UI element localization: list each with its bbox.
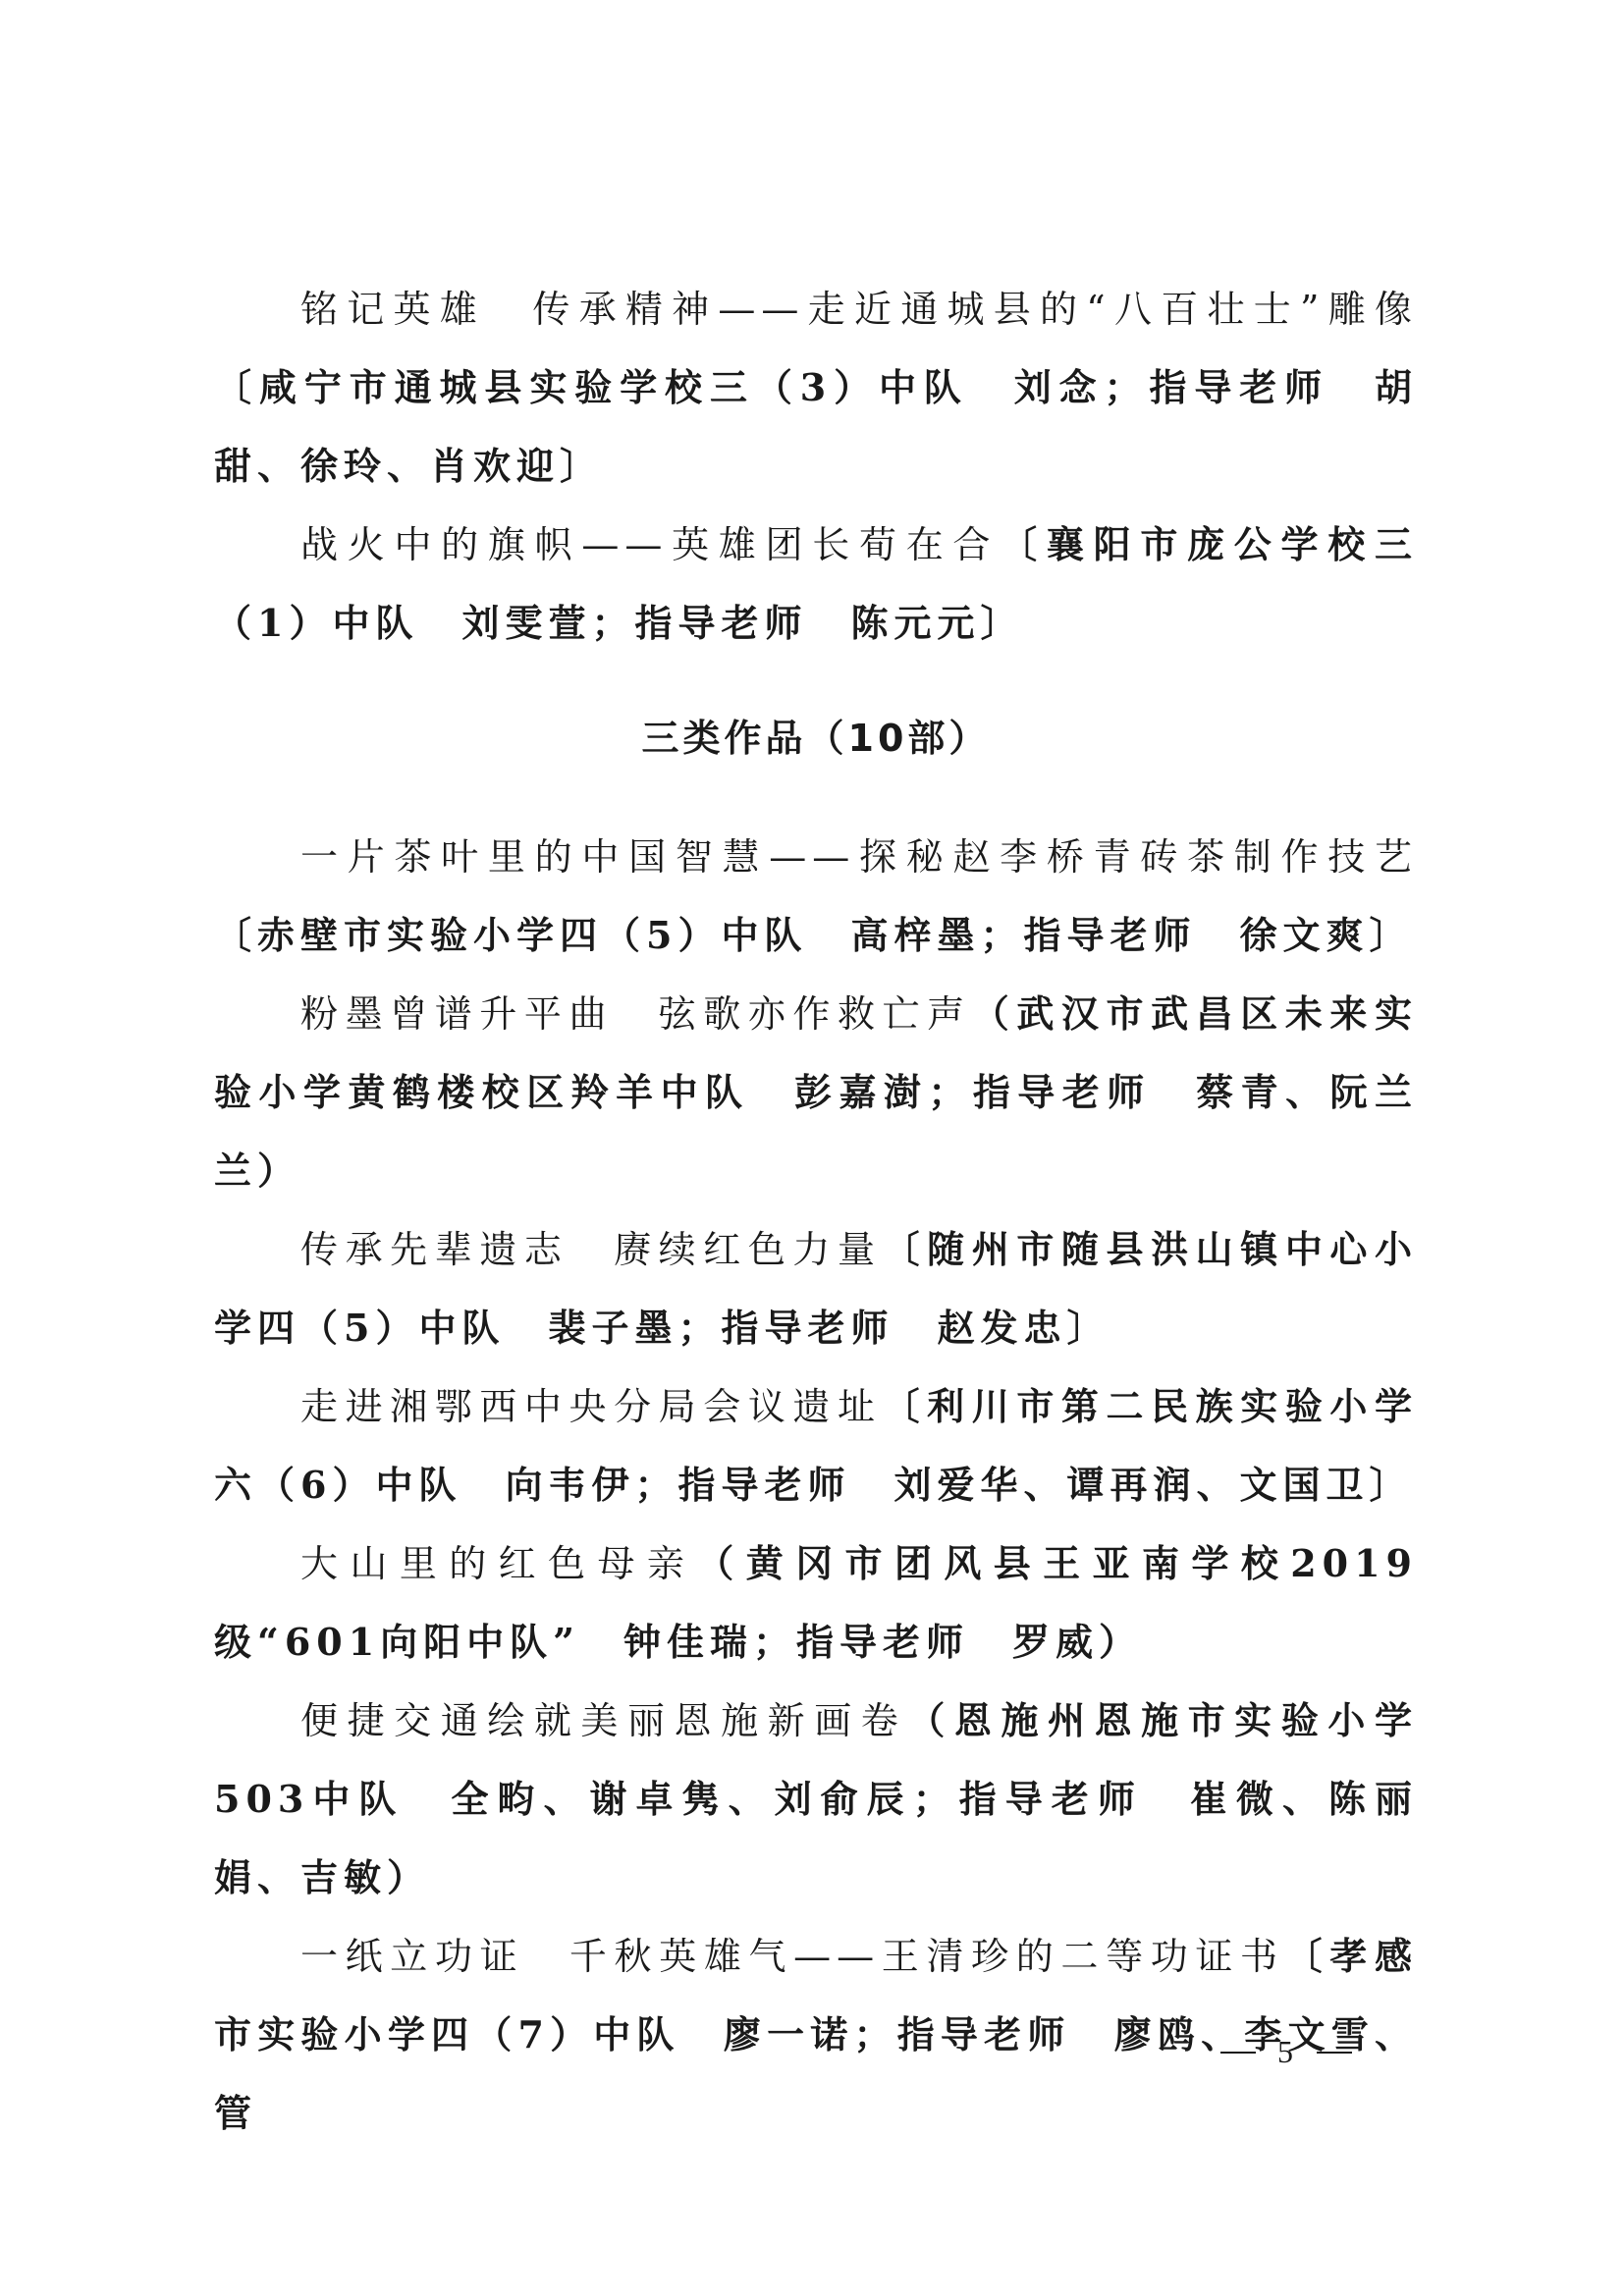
award-entry: 便捷交通绘就美丽恩施新画卷（恩施州恩施市实验小学503中队 全畇、谢卓隽、刘俞辰… <box>214 1682 1418 1917</box>
work-title: 铭记英雄 传承精神——走近通城县的“八百壮士”雕像 <box>300 288 1418 331</box>
award-entry: 传承先辈遗志 赓续红色力量〔随州市随县洪山镇中心小学四（5）中队 裴子墨；指导老… <box>214 1210 1418 1367</box>
work-title: 粉墨曾谱升平曲 弦歌亦作救亡声 <box>300 992 972 1036</box>
work-title: 传承先辈遗志 赓续红色力量 <box>300 1228 883 1271</box>
award-entry: 走进湘鄂西中央分局会议遗址〔利川市第二民族实验小学六（6）中队 向韦伊；指导老师… <box>214 1367 1418 1524</box>
work-title: 大山里的红色母亲 <box>300 1542 696 1585</box>
work-author-info: 〔赤壁市实验小学四（5）中队 高梓墨；指导老师 徐文爽〕 <box>214 913 1412 957</box>
work-title: 便捷交通绘就美丽恩施新画卷 <box>300 1699 907 1742</box>
spacer <box>214 777 1418 819</box>
award-entry: 大山里的红色母亲（黄冈市团风县王亚南学校2019级“601向阳中队” 钟佳瑞；指… <box>214 1524 1418 1682</box>
award-entry: 战火中的旗帜——英雄团长荀在合〔襄阳市庞公学校三（1）中队 刘雯萱；指导老师 陈… <box>214 506 1418 663</box>
award-entry: 一片茶叶里的中国智慧——探秘赵李桥青砖茶制作技艺〔赤壁市实验小学四（5）中队 高… <box>214 819 1418 975</box>
award-entry: 铭记英雄 传承精神——走近通城县的“八百壮士”雕像〔咸宁市通城县实验学校三（3）… <box>214 271 1418 506</box>
section-heading: 三类作品（10部） <box>214 700 1418 777</box>
work-author-info: 〔咸宁市通城县实验学校三（3）中队 刘念；指导老师 胡甜、徐玲、肖欢迎〕 <box>214 365 1418 488</box>
page-number: 5 <box>1220 2034 1352 2070</box>
page-number-dash-right <box>1317 2052 1352 2054</box>
award-entry: 粉墨曾谱升平曲 弦歌亦作救亡声（武汉市武昌区未来实验小学黄鹤楼校区羚羊中队 彭嘉… <box>214 975 1418 1210</box>
work-title: 一纸立功证 千秋英雄气——王清珍的二等功证书 <box>300 1935 1285 1978</box>
work-title: 一片茶叶里的中国智慧——探秘赵李桥青砖茶制作技艺 <box>300 835 1418 879</box>
page-number-dash-left <box>1220 2052 1256 2054</box>
work-title: 走进湘鄂西中央分局会议遗址 <box>300 1385 883 1428</box>
spacer <box>214 663 1418 700</box>
document-page: 铭记英雄 传承精神——走近通城县的“八百壮士”雕像〔咸宁市通城县实验学校三（3）… <box>214 271 1418 2153</box>
work-title: 战火中的旗帜——英雄团长荀在合 <box>300 523 1000 566</box>
page-number-value: 5 <box>1277 2034 1295 2070</box>
